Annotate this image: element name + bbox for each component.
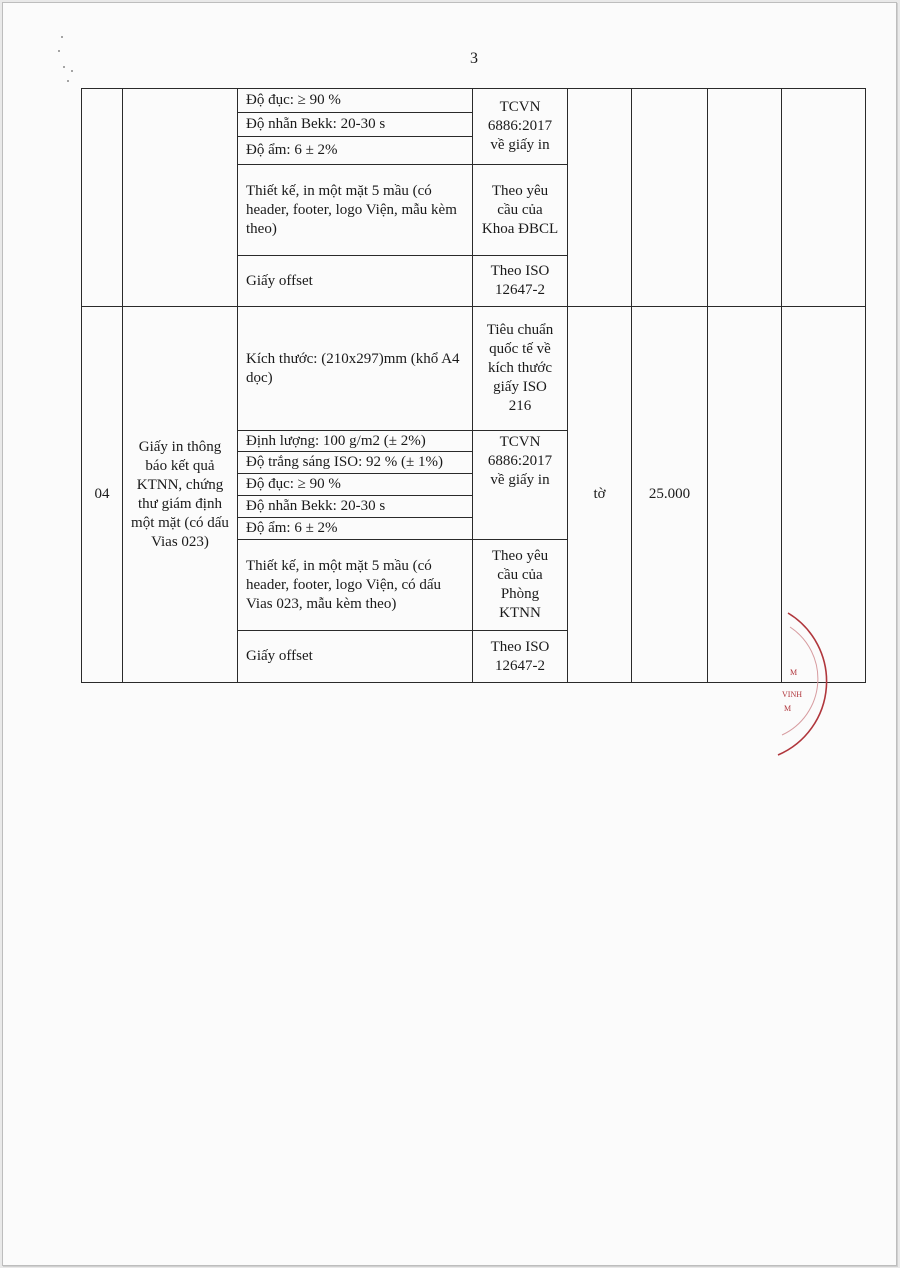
spec-cell: Độ ẩm: 6 ± 2% bbox=[238, 137, 473, 165]
cell-index: 04 bbox=[82, 307, 123, 683]
page-number: 3 bbox=[470, 50, 478, 68]
cell-empty bbox=[708, 89, 782, 307]
spec-cell: Độ đục: ≥ 90 % bbox=[238, 89, 473, 113]
cell-name-empty bbox=[123, 89, 238, 307]
scan-specks bbox=[43, 28, 83, 88]
spec-cell: Thiết kế, in một mặt 5 mầu (có header, f… bbox=[238, 165, 473, 256]
standard-cell: Theo ISO 12647-2 bbox=[473, 256, 568, 307]
spec-cell: Kích thước: (210x297)mm (khổ A4 dọc) bbox=[238, 307, 473, 431]
spec-cell: Độ ẩm: 6 ± 2% bbox=[238, 518, 473, 540]
spec-cell: Độ đục: ≥ 90 % bbox=[238, 474, 473, 496]
cell-empty bbox=[708, 307, 782, 683]
spec-cell: Độ nhẵn Bekk: 20-30 s bbox=[238, 496, 473, 518]
spec-cell: Độ nhẵn Bekk: 20-30 s bbox=[238, 113, 473, 137]
table-row-04: 04 Giấy in thông báo kết quả KTNN, chứng… bbox=[82, 307, 866, 431]
cell-empty bbox=[782, 307, 866, 683]
standard-cell: TCVN 6886:2017 về giấy in bbox=[473, 431, 568, 540]
cell-item-name: Giấy in thông báo kết quả KTNN, chứng th… bbox=[123, 307, 238, 683]
spec-cell: Giấy offset bbox=[238, 256, 473, 307]
standard-cell: Tiêu chuẩn quốc tế về kích thước giấy IS… bbox=[473, 307, 568, 431]
specification-table: Độ đục: ≥ 90 % TCVN 6886:2017 về giấy in… bbox=[81, 88, 866, 683]
spec-cell: Giấy offset bbox=[238, 631, 473, 683]
cell-quantity: 25.000 bbox=[632, 307, 708, 683]
spec-cell: Thiết kế, in một mặt 5 mầu (có header, f… bbox=[238, 540, 473, 631]
standard-cell: Theo ISO 12647-2 bbox=[473, 631, 568, 683]
cell-unit-empty bbox=[568, 89, 632, 307]
standard-cell: TCVN 6886:2017 về giấy in bbox=[473, 89, 568, 165]
standard-cell: Theo yêu cầu của Phòng KTNN bbox=[473, 540, 568, 631]
spec-cell: Độ trắng sáng ISO: 92 % (± 1%) bbox=[238, 452, 473, 474]
spec-cell: Định lượng: 100 g/m2 (± 2%) bbox=[238, 431, 473, 452]
standard-cell: Theo yêu cầu của Khoa ĐBCL bbox=[473, 165, 568, 256]
cell-quantity-empty bbox=[632, 89, 708, 307]
cell-empty bbox=[782, 89, 866, 307]
cell-unit: tờ bbox=[568, 307, 632, 683]
table-row-continued: Độ đục: ≥ 90 % TCVN 6886:2017 về giấy in bbox=[82, 89, 866, 113]
cell-index-empty bbox=[82, 89, 123, 307]
